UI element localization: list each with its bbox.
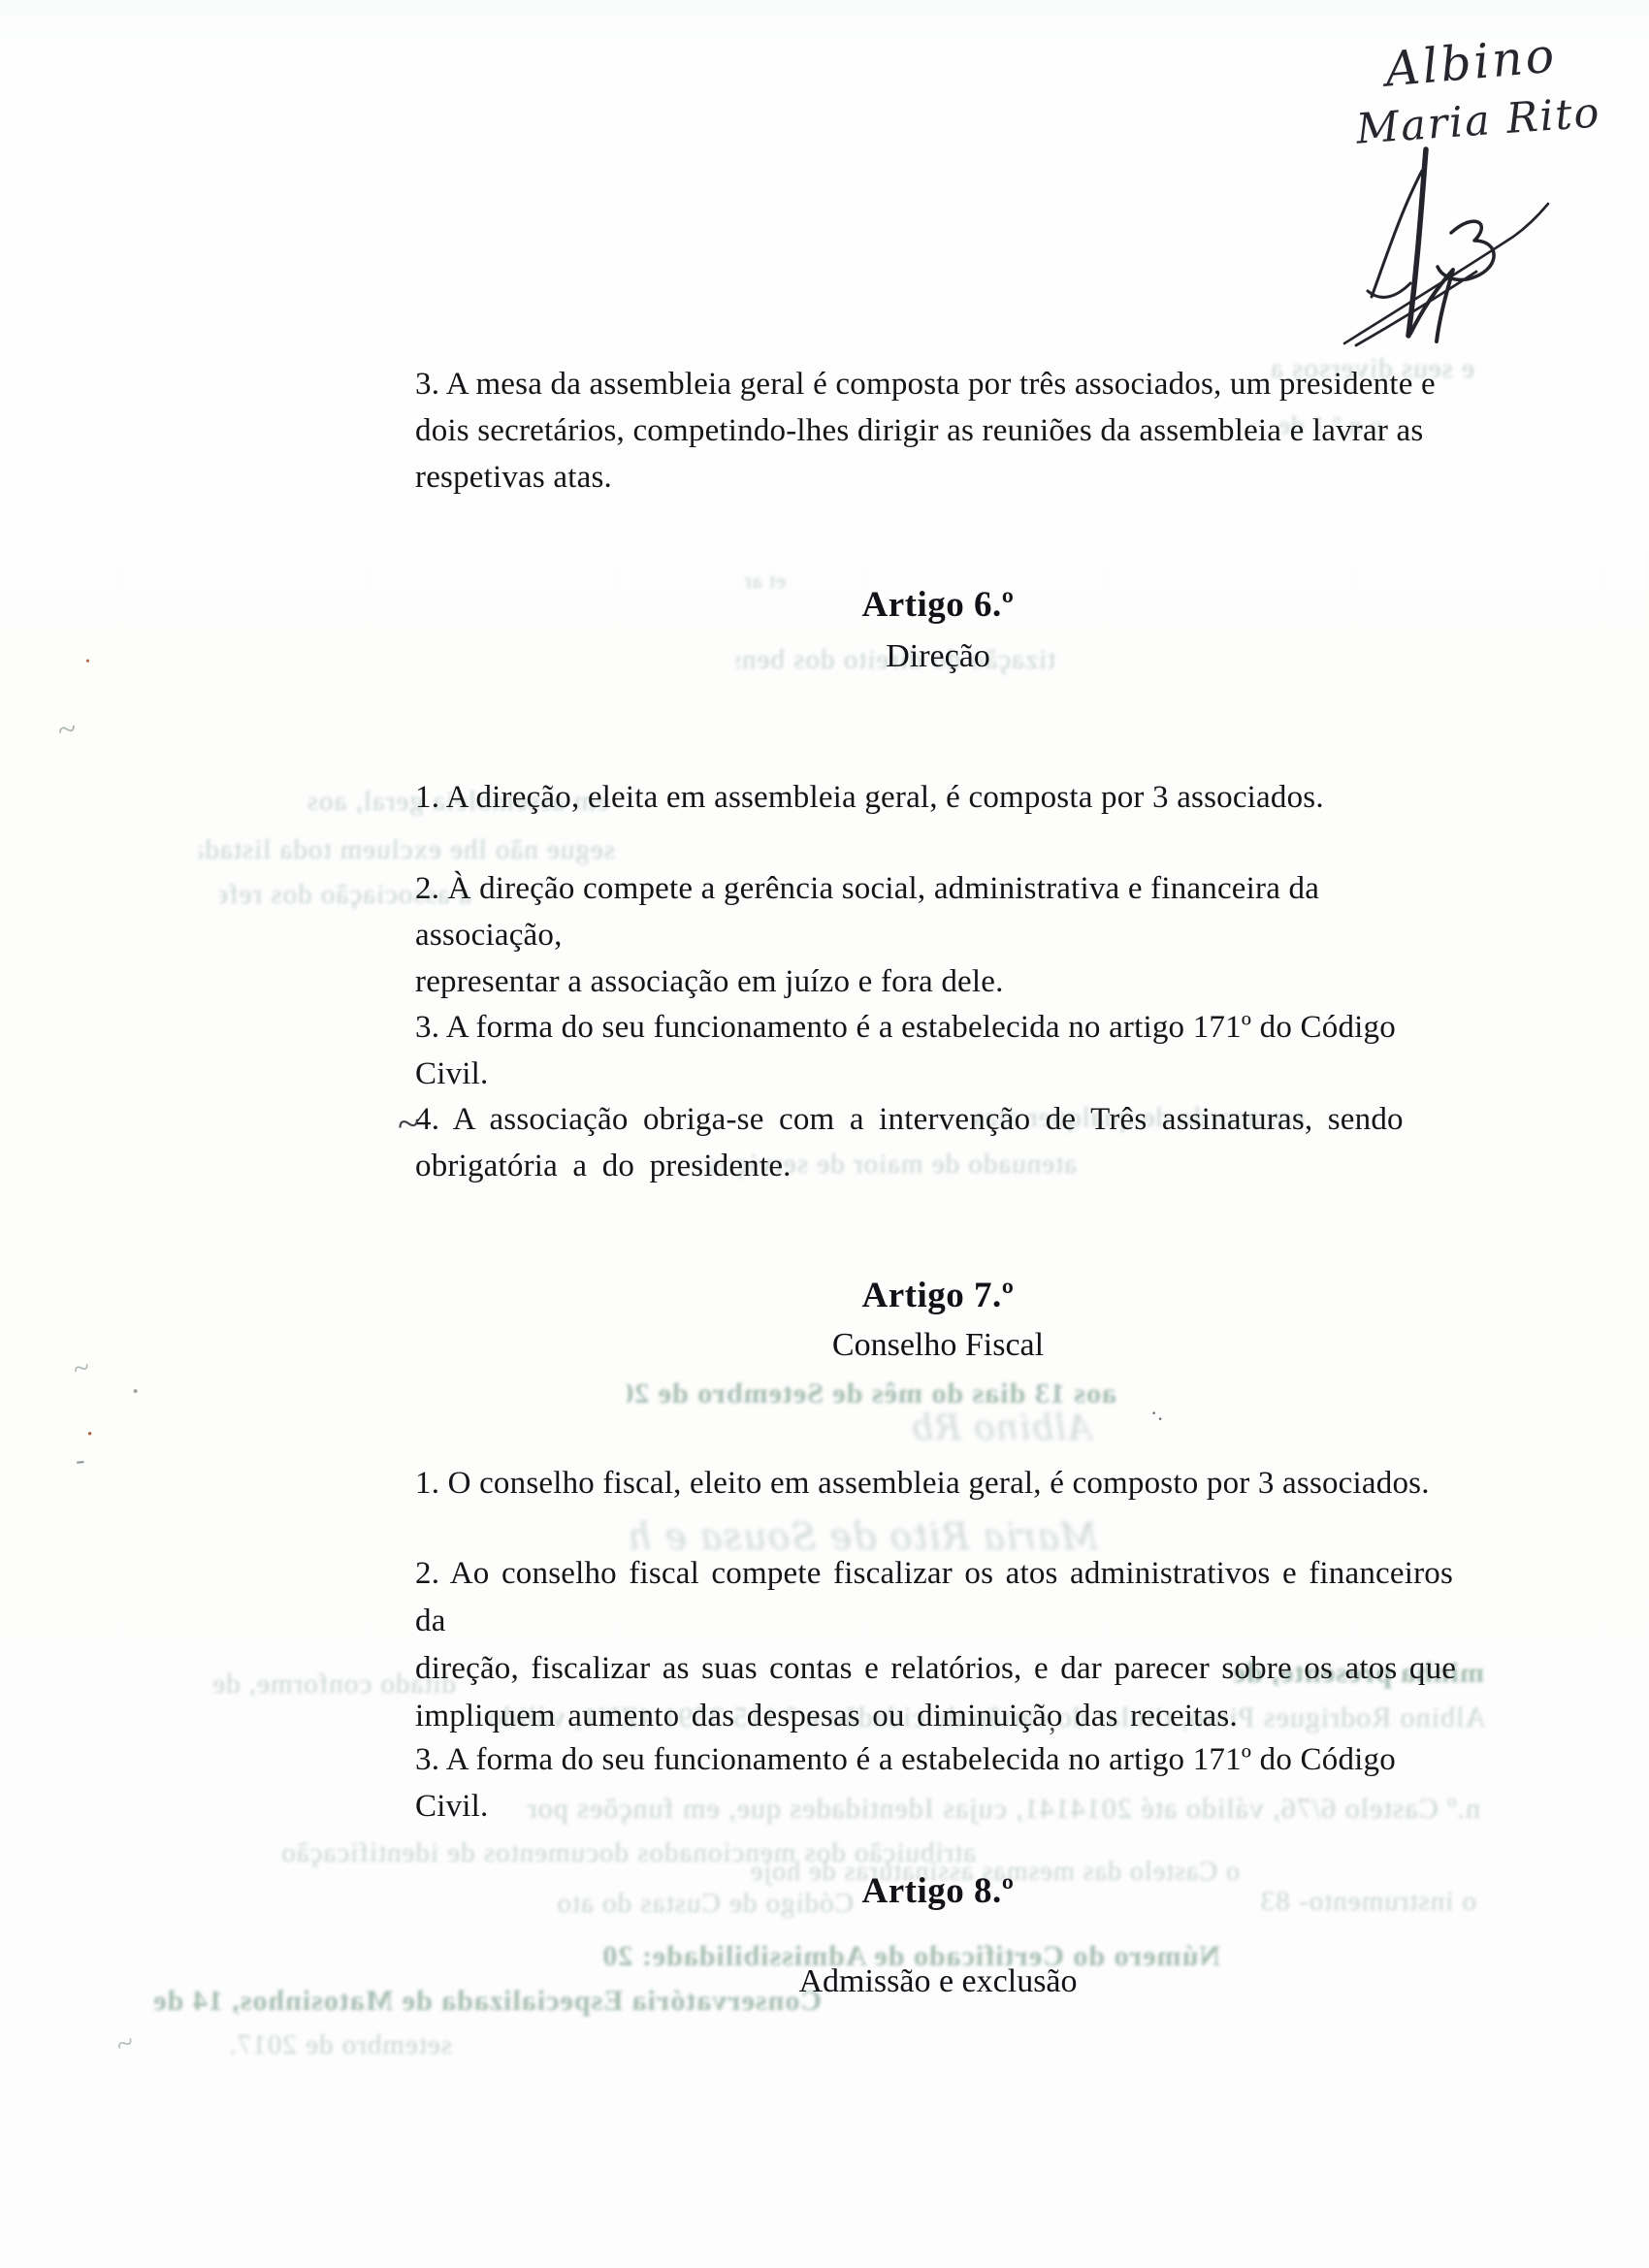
ink-mark: ~ [396,1103,422,1146]
ink-mark: ~ [71,1352,93,1384]
ink-mark: - [75,1447,86,1475]
ink-mark: · [130,1376,141,1409]
ink-mark: ·. [1150,1403,1163,1424]
ink-mark: ~ [112,2025,139,2060]
margin-marks-layer: ~•~~·•-~ʼ·. [0,0,1649,2268]
ink-mark: • [85,656,90,669]
ink-mark: ʼ [1048,1725,1056,1752]
ink-mark: ~ [56,713,79,748]
ink-mark: • [87,1428,92,1442]
scanned-document-page: et artização do direito dos bense seus d… [0,0,1649,2268]
